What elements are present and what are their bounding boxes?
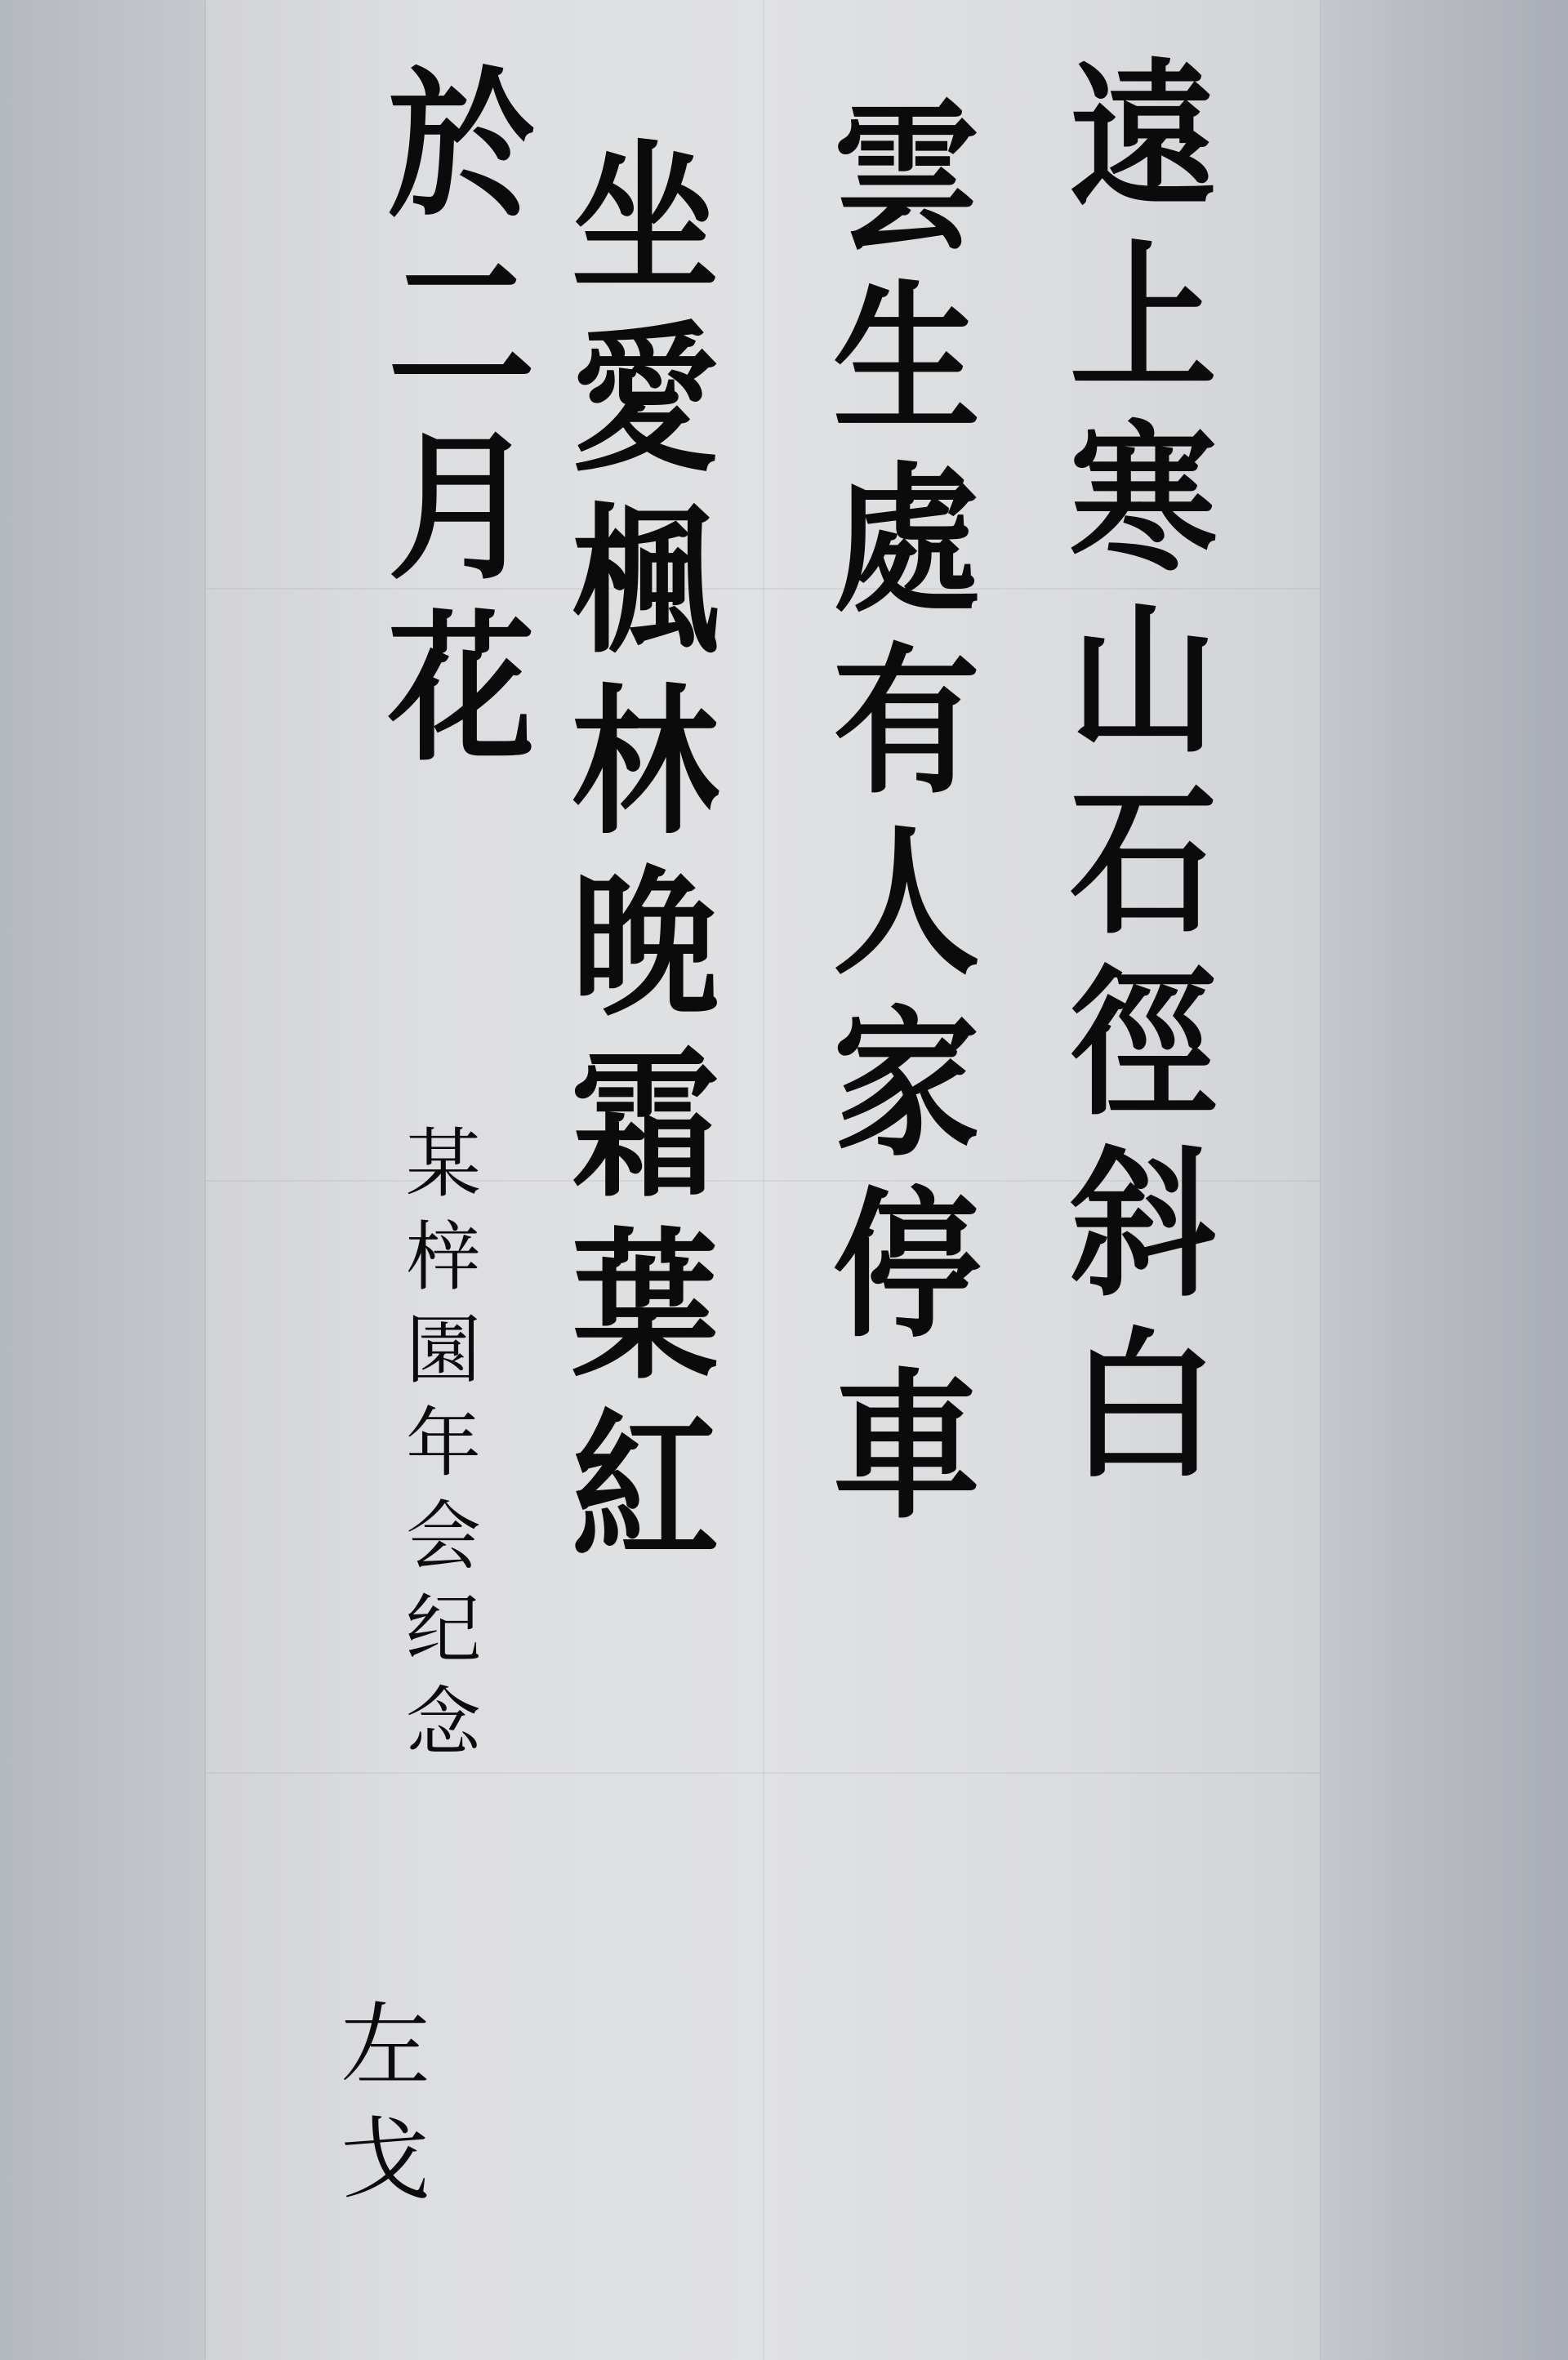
poem-char: 寒 — [1070, 420, 1217, 580]
poem-char: 坐 — [572, 139, 719, 299]
poem-column-4: 於 二 月 花 — [381, 65, 541, 790]
poem-char: 愛 — [572, 320, 719, 480]
poem-char: 林 — [572, 683, 719, 843]
calligraphy-scroll: 遠 上 寒 山 石 徑 斜 白 雲 生 處 有 人 家 停 車 坐 愛 楓 林 … — [206, 0, 1320, 2360]
poem-char: 楓 — [572, 501, 719, 661]
poem-char: 於 — [388, 65, 535, 225]
inscription-char: 年 — [406, 1406, 481, 1481]
signature-char: 左 — [341, 2001, 430, 2091]
poem-char: 車 — [833, 1367, 980, 1527]
inscription-column: 某 梓 園 年 会 纪 念 — [406, 1127, 481, 1779]
poem-column-2: 雲 生 處 有 人 家 停 車 — [826, 98, 987, 1548]
fold-crease — [206, 1772, 1320, 1774]
poem-char: 月 — [388, 428, 535, 588]
poem-char: 處 — [833, 461, 980, 621]
inscription-char: 梓 — [406, 1220, 481, 1295]
poem-column-1: 遠 上 寒 山 石 徑 斜 白 — [1063, 57, 1223, 1507]
poem-char: 白 — [1070, 1326, 1217, 1486]
signature-column: 左 戈 — [341, 2001, 430, 2229]
poem-char: 上 — [1070, 238, 1217, 399]
poem-char: 徑 — [1070, 964, 1217, 1124]
poem-char: 遠 — [1070, 57, 1217, 217]
poem-char: 二 — [388, 247, 535, 407]
poem-char: 花 — [388, 609, 535, 769]
poem-char: 葉 — [572, 1227, 719, 1387]
inscription-char: 念 — [406, 1685, 481, 1761]
poem-char: 人 — [833, 823, 980, 983]
poem-char: 有 — [833, 642, 980, 802]
poem-char: 家 — [833, 1004, 980, 1164]
poem-char: 停 — [833, 1186, 980, 1346]
signature-char: 戈 — [341, 2115, 430, 2205]
poem-char: 山 — [1070, 601, 1217, 761]
poem-char: 生 — [833, 279, 980, 439]
photo-scene: 遠 上 寒 山 石 徑 斜 白 雲 生 處 有 人 家 停 車 坐 愛 楓 林 … — [0, 0, 1568, 2360]
inscription-char: 会 — [406, 1499, 481, 1574]
poem-char: 紅 — [572, 1408, 719, 1568]
poem-char: 石 — [1070, 782, 1217, 942]
poem-column-3: 坐 愛 楓 林 晚 霜 葉 紅 — [565, 139, 725, 1589]
poem-char: 雲 — [833, 98, 980, 258]
poem-char: 晚 — [572, 864, 719, 1024]
poem-char: 霜 — [572, 1045, 719, 1205]
inscription-char: 園 — [406, 1313, 481, 1388]
poem-char: 斜 — [1070, 1145, 1217, 1305]
inscription-char: 纪 — [406, 1592, 481, 1668]
inscription-char: 某 — [406, 1127, 481, 1202]
